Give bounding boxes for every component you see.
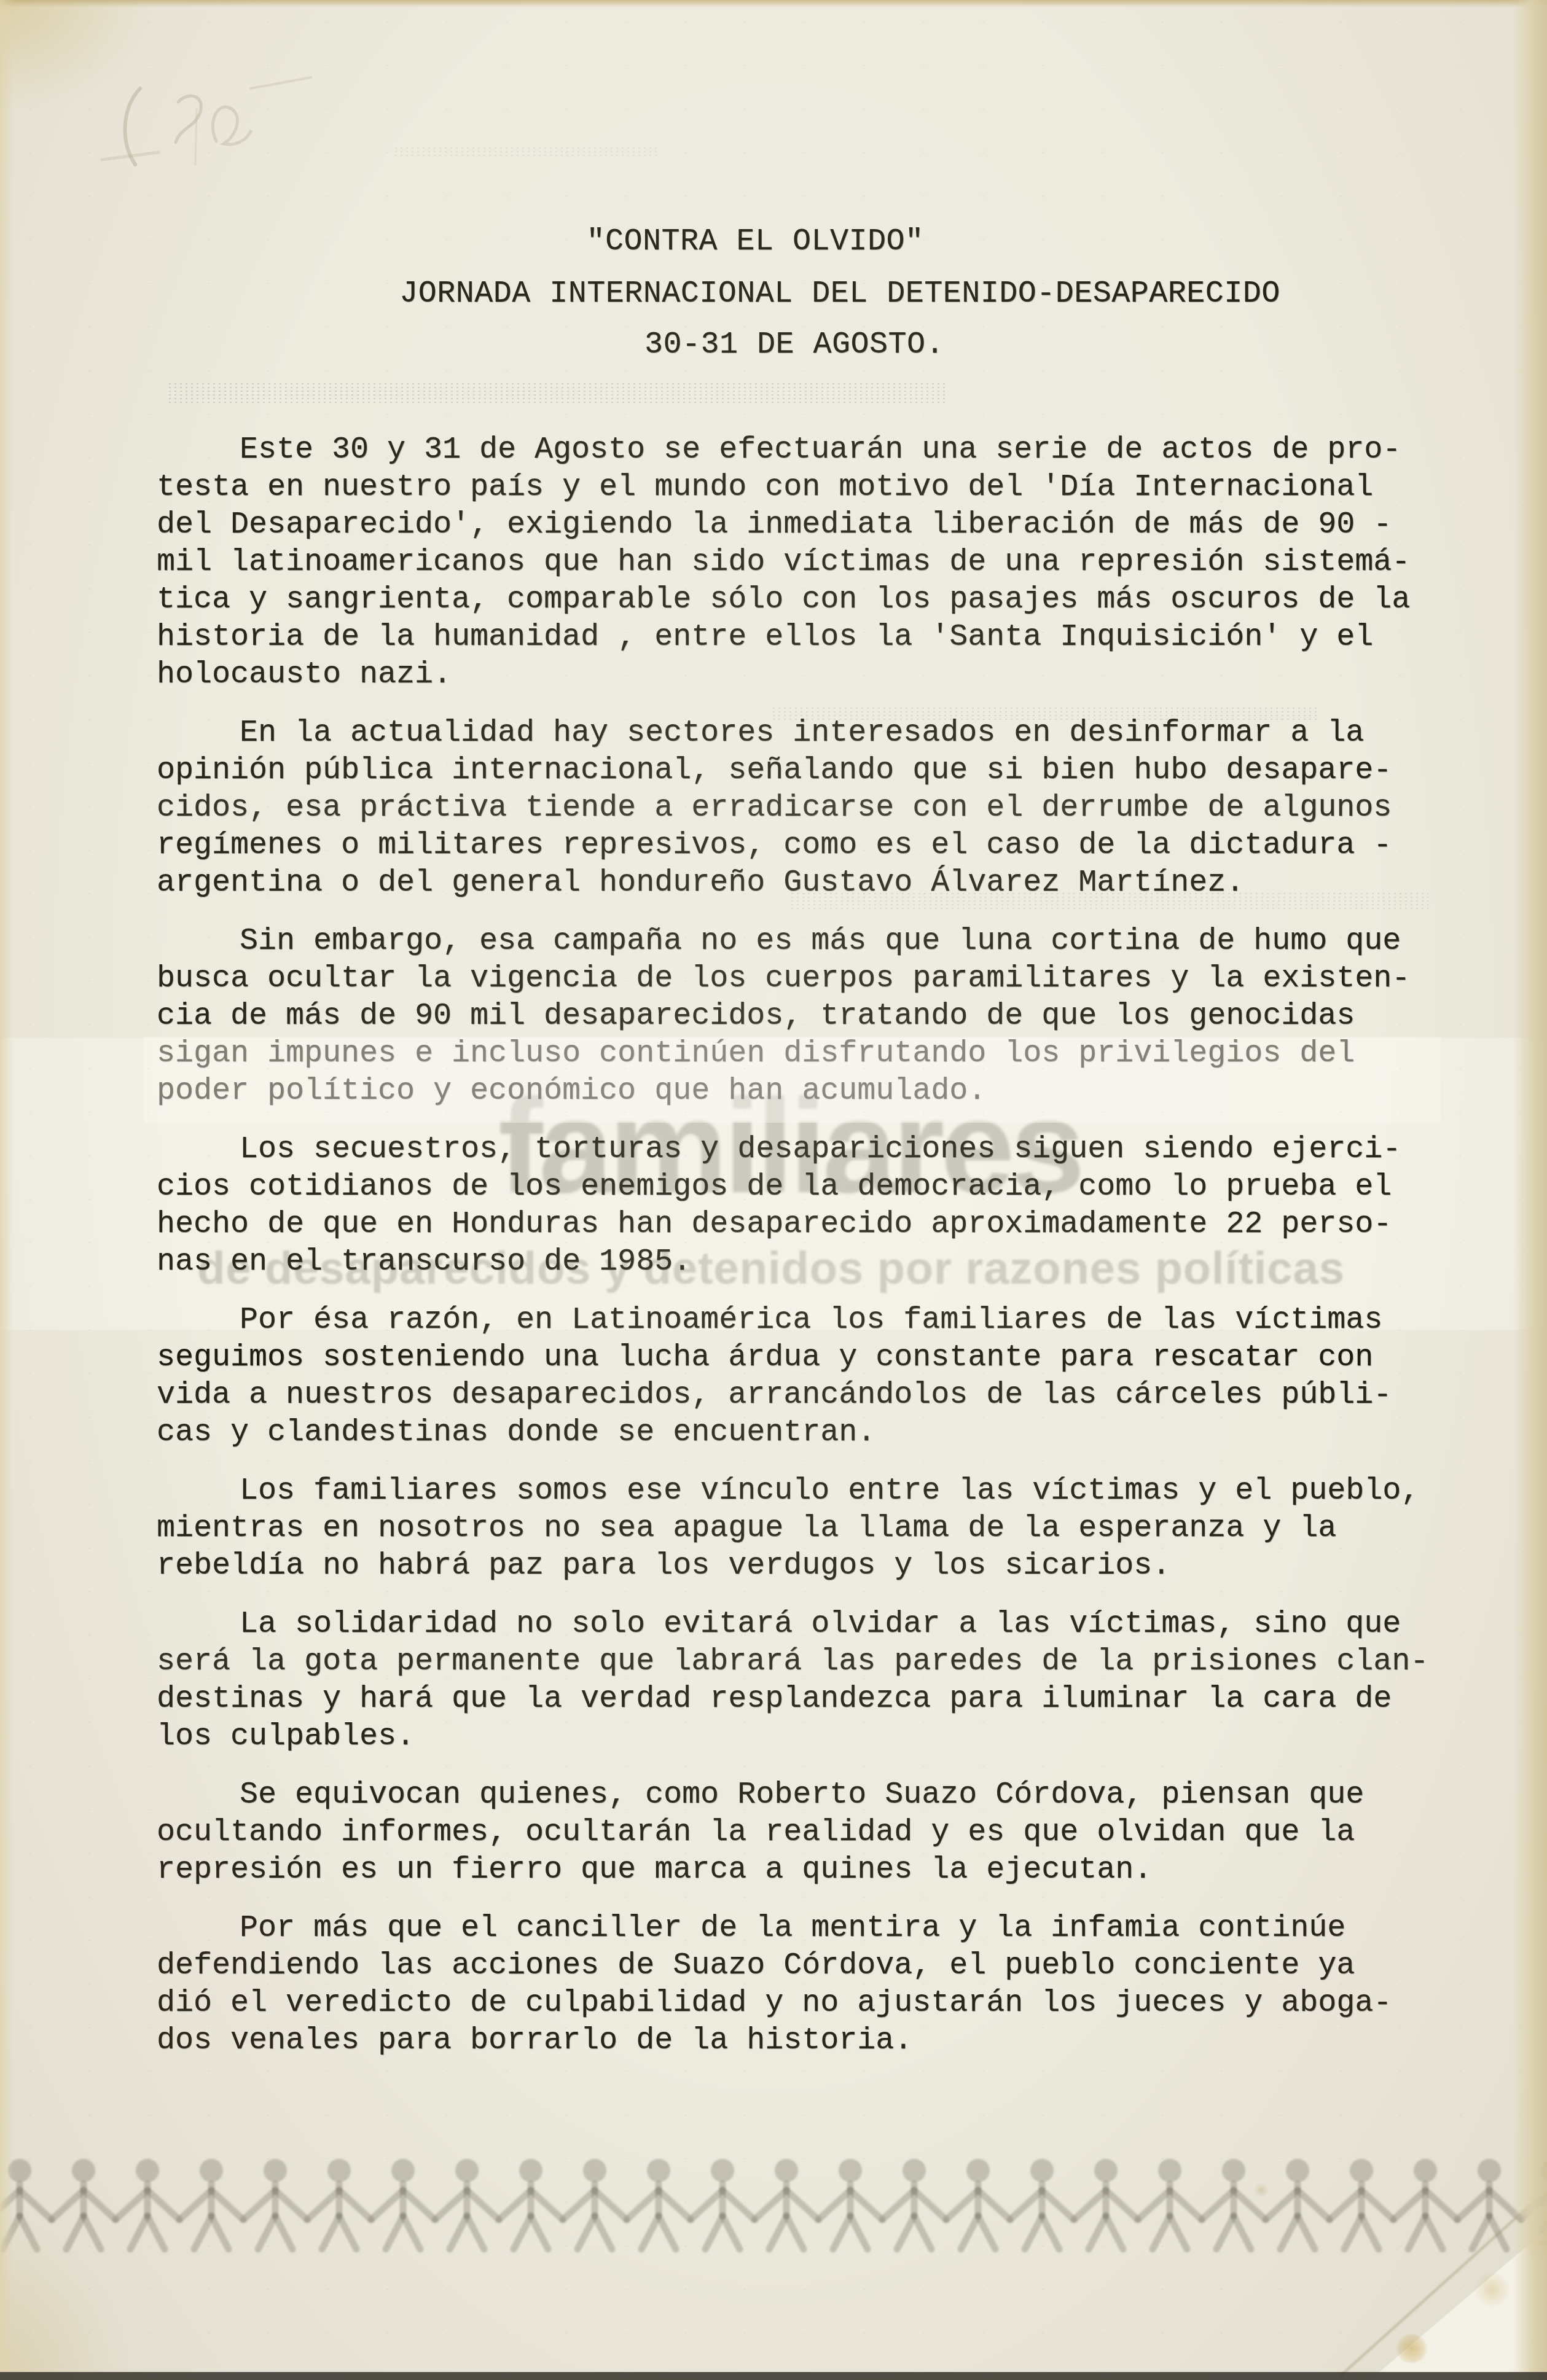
text-line: busca ocultar la vigencia de los cuerpos… [157,960,1453,997]
text-line: sigan impunes e incluso continúen disfru… [157,1035,1453,1072]
scan-edge [0,0,14,2380]
paragraph: Sin embargo, esa campaña no es más que l… [157,923,1453,1110]
text-line: poder político y económico que han acumu… [157,1072,1453,1110]
paragraph: En la actualidad hay sectores interesado… [157,714,1453,902]
text-line: mil latinoamericanos que han sido víctim… [157,544,1453,581]
paragraph: Por ésa razón, en Latinoamérica los fami… [157,1301,1453,1451]
text-line: cios cotidianos de los enemigos de la de… [157,1168,1453,1206]
text-line: regímenes o militares represivos, como e… [157,827,1453,864]
ink-ghost-speckles [167,382,947,403]
text-line: Los familiares somos ese vínculo entre l… [157,1472,1453,1510]
scan-edge [1513,0,1547,2380]
text-line: opinión pública internacional, señalando… [157,752,1453,789]
text-line: rebeldía no habrá paz para los verdugos … [157,1547,1453,1585]
text-line: defendiendo las acciones de Suazo Córdov… [157,1947,1453,1984]
text-line: Se equivocan quienes, como Roberto Suazo… [157,1776,1453,1814]
text-line: testa en nuestro país y el mundo con mot… [157,469,1453,506]
text-line: represión es un fierro que marca a quine… [157,1851,1453,1889]
document-body: Este 30 y 31 de Agosto se efectuarán una… [157,431,1453,2080]
text-line: Sin embargo, esa campaña no es más que l… [157,923,1453,960]
scan-edge [0,0,1547,7]
text-line: La solidaridad no solo evitará olvidar a… [157,1606,1453,1643]
text-line: Los secuestros, torturas y desaparicione… [157,1131,1453,1168]
text-line: dos venales para borrarlo de la historia… [157,2022,1453,2059]
text-line: del Desaparecido', exigiendo la inmediat… [157,506,1453,544]
document-title-line: JORNADA INTERNACIONAL DEL DETENIDO-DESAP… [195,276,1485,311]
paragraph: Los familiares somos ese vínculo entre l… [157,1472,1453,1585]
text-line: será la gota permanente que labrará las … [157,1643,1453,1680]
paragraph: Por más que el canciller de la mentira y… [157,1910,1453,2059]
scan-edge [0,2372,1547,2380]
text-line: vida a nuestros desaparecidos, arrancánd… [157,1376,1453,1414]
text-line: Por más que el canciller de la mentira y… [157,1910,1453,1947]
text-line: historia de la humanidad , entre ellos l… [157,618,1453,656]
text-line: Por ésa razón, en Latinoamérica los fami… [157,1301,1453,1339]
text-line: cia de más de 90 mil desaparecidos, trat… [157,997,1453,1035]
text-line: los culpables. [157,1718,1453,1755]
text-line: En la actualidad hay sectores interesado… [157,714,1453,752]
paragraph: Se equivocan quienes, como Roberto Suazo… [157,1776,1453,1889]
text-line: nas en el transcurso de 1985. [157,1243,1453,1281]
text-line: holocausto nazi. [157,656,1453,693]
text-line: tica y sangrienta, comparable sólo con l… [157,581,1453,618]
paragraph: Los secuestros, torturas y desaparicione… [157,1131,1453,1281]
ink-ghost-speckles [393,146,657,157]
document-title-line: "CONTRA EL OLVIDO" [110,224,1400,259]
text-line: hecho de que en Honduras han desaparecid… [157,1206,1453,1243]
paragraph: La solidaridad no solo evitará olvidar a… [157,1606,1453,1755]
text-line: cas y clandestinas donde se encuentran. [157,1414,1453,1451]
scanned-document-page: familiares de desaparecidos y detenidos … [0,0,1547,2380]
text-line: mientras en nosotros no sea apague la ll… [157,1510,1453,1547]
text-line: seguimos sosteniendo una lucha árdua y c… [157,1339,1453,1376]
text-line: cidos, esa práctiva tiende a erradicarse… [157,789,1453,827]
paper-doll-chain-icon [0,2157,1547,2261]
pencil-mark [66,66,361,201]
document-title-line: 30-31 DE AGOSTO. [149,327,1439,362]
text-line: destinas y hará que la verdad resplandez… [157,1680,1453,1718]
text-line: dió el veredicto de culpabilidad y no aj… [157,1984,1453,2022]
paragraph: Este 30 y 31 de Agosto se efectuarán una… [157,431,1453,693]
text-line: ocultando informes, ocultarán la realida… [157,1814,1453,1851]
text-line: Este 30 y 31 de Agosto se efectuarán una… [157,431,1453,469]
text-line: argentina o del general hondureño Gustav… [157,864,1453,902]
